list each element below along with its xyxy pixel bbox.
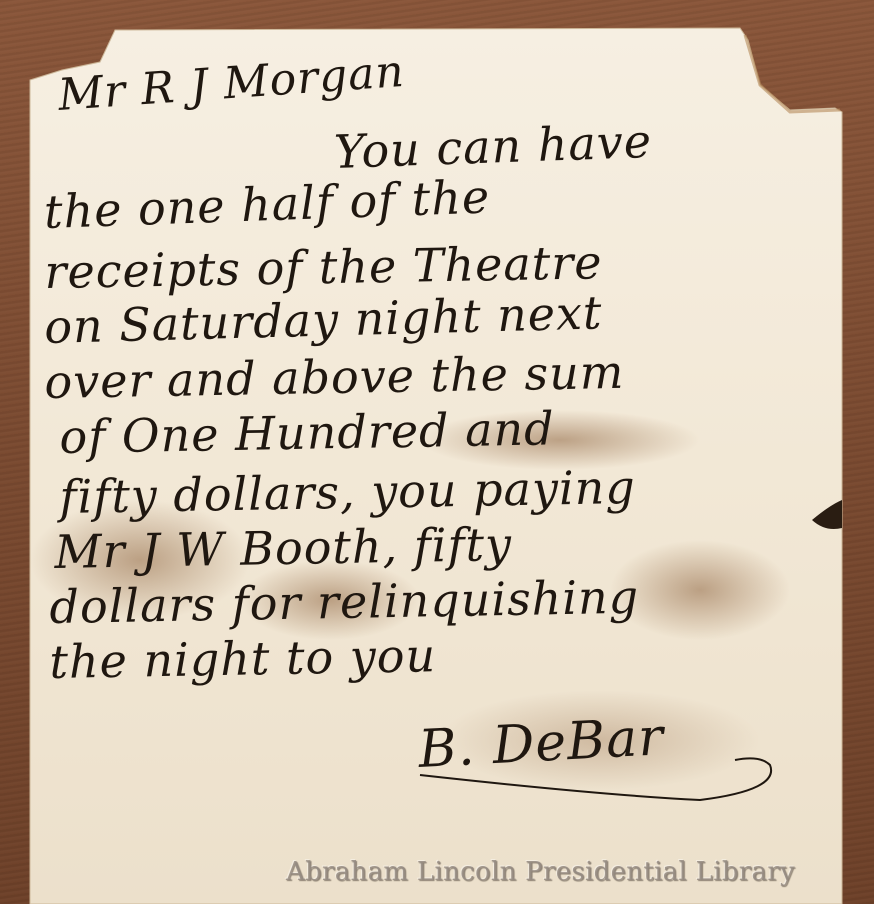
body-line-7: fifty dollars, you paying	[59, 460, 636, 524]
library-watermark: Abraham Lincoln Presidential Library	[286, 857, 795, 887]
letter-paper: Mr R J Morgan You can have the one half …	[0, 0, 874, 904]
body-line-6: of One Hundred and	[59, 401, 555, 464]
body-line-5: over and above the sum	[44, 345, 625, 409]
body-line-8: Mr J W Booth, fifty	[54, 517, 512, 579]
signature: B. DeBar	[417, 707, 666, 780]
body-line-9: dollars for relinquishing	[49, 570, 639, 634]
body-line-10: the night to you	[49, 628, 436, 689]
body-line-1: You can have	[333, 114, 653, 179]
